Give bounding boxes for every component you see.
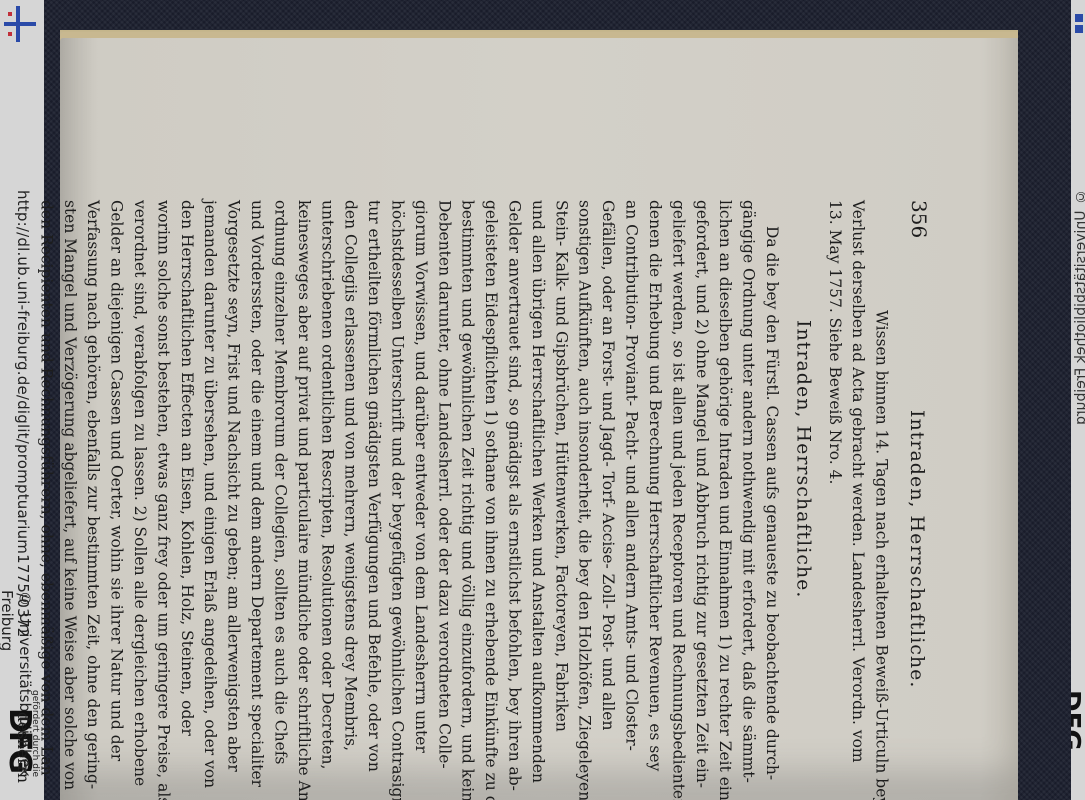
- copyright-notice-right: © Universitätsbibliothek Freiburg: [1073, 190, 1085, 520]
- text-line: an Contribution- Proviant- Pacht- und al…: [619, 200, 642, 760]
- library-logo-icon-right: [1075, 14, 1083, 38]
- text-line: bestimmten und gewöhnlichen Zeit richtig…: [455, 200, 478, 760]
- dfg-logo-icon-right: DFG: [1071, 690, 1085, 800]
- text-line: Gelder anvertrauet sind, so gnädigst als…: [502, 200, 525, 760]
- text-line: Verlust derselben ad Acta gebracht werde…: [846, 200, 869, 760]
- text-line: gängige Ordnung unter andern nothwendig …: [736, 200, 759, 760]
- text-line: geliefert werden, so ist allen und jeden…: [666, 200, 689, 760]
- text-line: Stein- Kalk- und Gipsbrüchen, Hüttenwerk…: [549, 200, 572, 760]
- catchword: desherrn: [11, 200, 34, 760]
- text-line: Vorgesetzte seyn, Frist und Nachsicht zu…: [221, 200, 244, 760]
- text-line: gefordert, und 2) ohne Mangel und Abbruc…: [689, 200, 712, 760]
- text-line: Wissen binnen 14. Tagen nach erhaltenen …: [869, 200, 892, 760]
- text-line: sten Mangel und Verzögerung abgeliefert,…: [57, 200, 80, 760]
- text-line: den Recipienten und Rechnungsführern, oh…: [34, 200, 57, 760]
- text-line: sonstigen Aufkünften, auch insonderheit,…: [572, 200, 595, 760]
- text-line: Debenten darunter, ohne Landesherrl. ode…: [432, 200, 455, 760]
- text-line: den Collegiis erlassenen und von mehrern…: [338, 200, 361, 760]
- text-line: höchstdesselben Unterschrift und der bey…: [385, 200, 408, 760]
- text-line: Gefällen, oder an Forst- und Jagd- Torf-…: [596, 200, 619, 760]
- text-line: ordnung einzelner Membrorum der Collegie…: [268, 200, 291, 760]
- text-line: keinesweges aber auf privat und particul…: [291, 200, 314, 760]
- library-logo-icon: [2, 6, 38, 46]
- section-heading: Intraden, Herrschaftliche.: [791, 200, 814, 760]
- text-line: und allen übrigen Herrschaftlichen Werke…: [526, 200, 549, 760]
- text-line: tur ertheilten förmlichen gnädigsten Ver…: [362, 200, 385, 760]
- text-line: jemanden darunter zu übersehen, und eini…: [198, 200, 221, 760]
- text-line: lichen an dieselben gehörige Intraden un…: [713, 200, 736, 760]
- watermark-strip-right: © Universitätsbibliothek Freiburg DFG: [1071, 0, 1085, 800]
- page-text-block: 356 Wissen binnen 14. Tagen nach erhalte…: [180, 200, 930, 760]
- text-line: 13. May 1757. Siehe Beweiß Nro. 4.: [822, 200, 845, 760]
- text-line: Gelder an diejenigen Cassen und Oerter, …: [104, 200, 127, 760]
- text-line: den Herrschaftlichen Effecten an Eisen, …: [174, 200, 197, 760]
- text-line: und Vorderssten, oder die einem und dem …: [245, 200, 268, 760]
- text-line: Da die bey den Fürstl. Cassen aufs genau…: [760, 200, 783, 760]
- text-line: verordnet sind, verabfolgen zu lassen. 2…: [128, 200, 151, 760]
- text-line: worinn solche sonst bestehen, etwas ganz…: [151, 200, 174, 760]
- text-line: geleisteten Eidespflichten 1) sothane vo…: [479, 200, 502, 760]
- text-line: Verfassung nach gehören, ebenfalls zur b…: [81, 200, 104, 760]
- page-number: 356: [907, 200, 930, 760]
- text-line: denen die Erhebung und Berechnung Herrsc…: [643, 200, 666, 760]
- text-line: unterschriebenen ordentlichen Rescripten…: [315, 200, 338, 760]
- text-line: giorum Vorwissen, und darüber entweder v…: [408, 200, 431, 760]
